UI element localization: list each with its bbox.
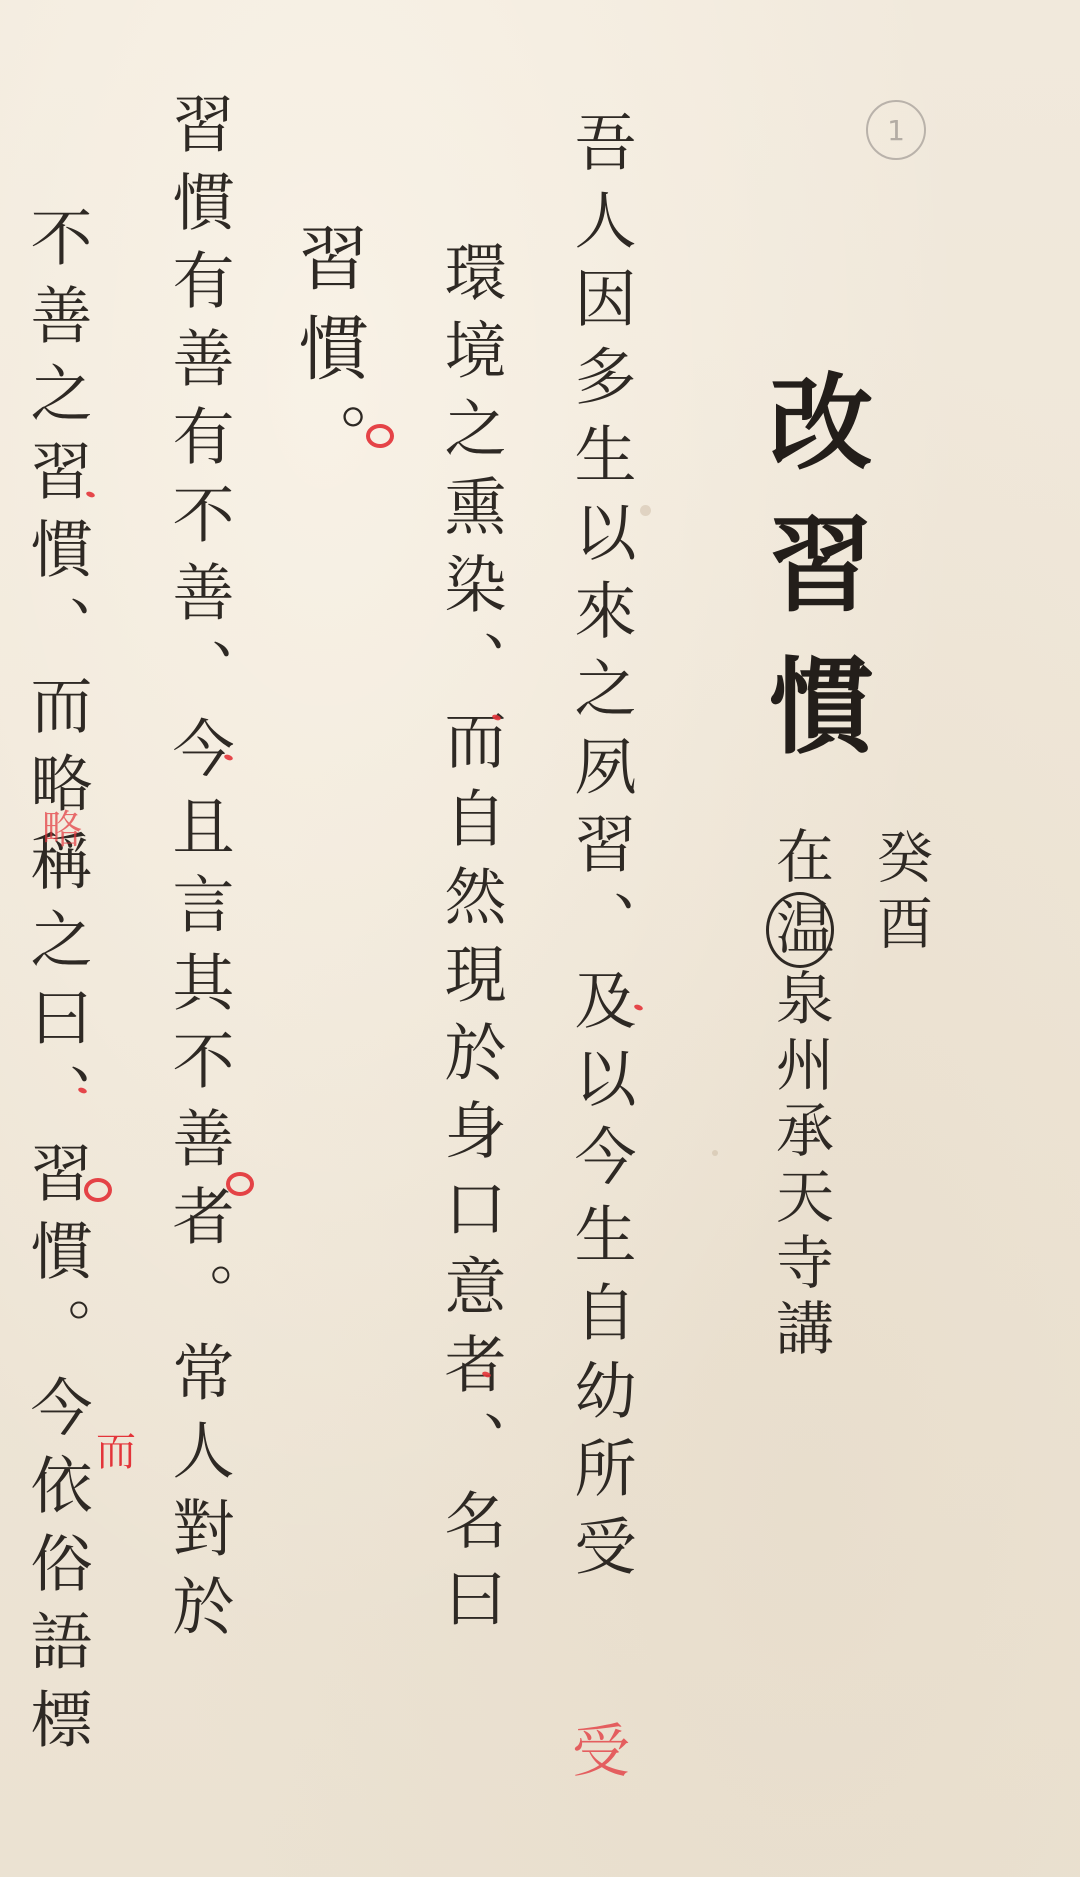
text-column-2: 環境之熏染、而自然現於身口意者、名曰 [439, 240, 501, 1644]
circled-correction: 温 [766, 892, 834, 968]
text-column-3: 習慣。 [293, 222, 363, 492]
page-title: 改習慣 [760, 368, 864, 794]
paper-stain [640, 505, 651, 516]
location-suffix: 泉州承天寺講 [766, 968, 834, 1364]
location-prefix: 在 [766, 826, 834, 892]
text-column-4: 習慣有善有不善、今且言其不善者。常人對於 [167, 92, 229, 1652]
paper-stain [712, 1150, 718, 1156]
text-column-1: 吾人因多生以來之夙習、及以今生自幼所受 [569, 110, 631, 1592]
lecture-location: 在温泉州承天寺講 [766, 826, 834, 1364]
red-overwrite-correction: 受 [572, 1722, 630, 1780]
text-column-5: 不善之習慣、而略稱之曰、習慣。今依俗語標 [25, 205, 87, 1765]
date-inscription: 癸酉 [872, 828, 928, 960]
manuscript-page: 1 改習慣 癸酉 在温泉州承天寺講 吾人因多生以來之夙習、及以今生自幼所受 環境… [0, 0, 1080, 1877]
red-overwrite-correction: 略 [42, 810, 82, 850]
red-period-mark [366, 424, 394, 448]
red-period-mark [226, 1172, 254, 1196]
red-inserted-character: 而 [96, 1432, 136, 1472]
page-number: 1 [866, 100, 926, 160]
page-number-label: 1 [887, 114, 905, 147]
red-period-mark [84, 1178, 112, 1202]
